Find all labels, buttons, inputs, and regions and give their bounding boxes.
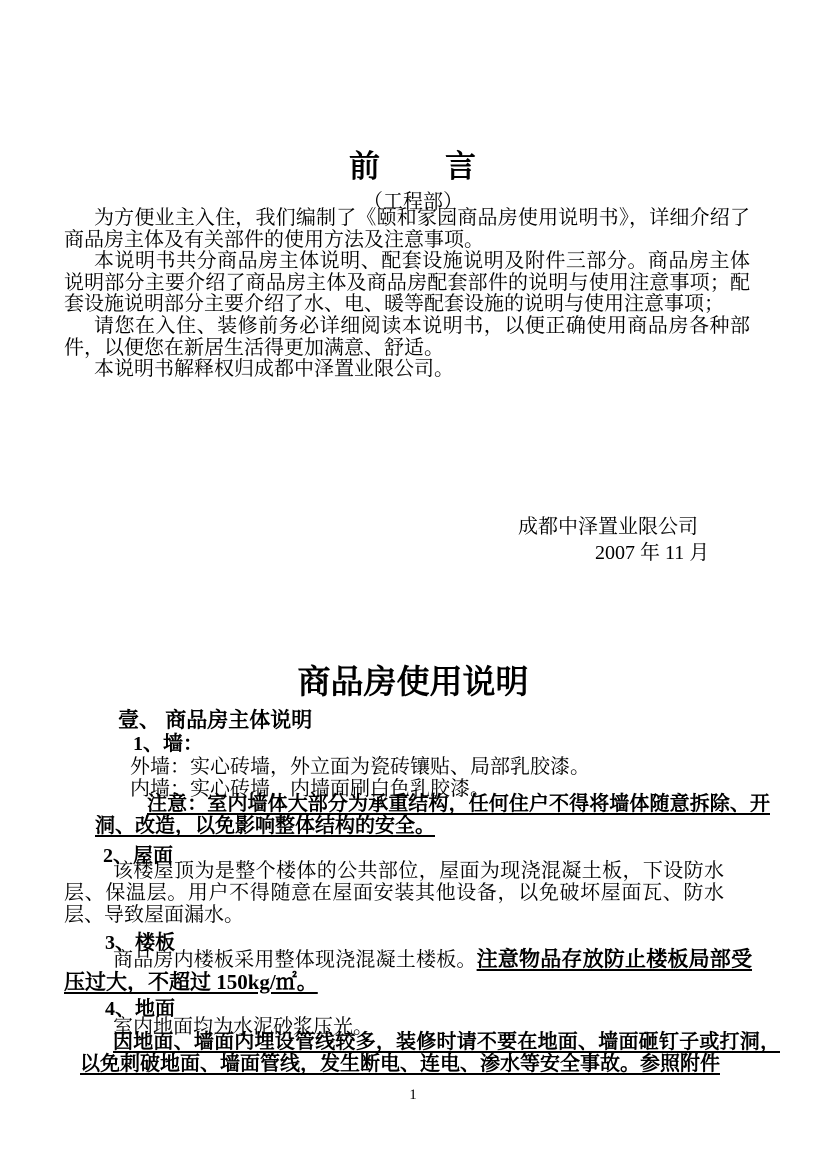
ground-warning-paragraph: 因地面、墙面内埋设管线较多，装修时请不要在地面、墙面砸钉子或打洞，以免刺破地面、… [80, 1032, 780, 1076]
wall-notice-text: 注意：室内墙体大部分为承重结构，任何住户不得将墙体随意拆除、开洞、改造，以免影响… [95, 793, 770, 837]
preface-title: 前 言 [0, 141, 826, 186]
ground-warning-text: 因地面、墙面内埋设管线较多，装修时请不要在地面、墙面砸钉子或打洞，以免刺破地面、… [80, 1031, 780, 1075]
company-signature: 成都中泽置业限公司 [518, 510, 698, 539]
preface-paragraph: 为方便业主入住，我们编制了《颐和家园商品房使用说明书》，详细介绍了商品房主体及有… [64, 208, 750, 251]
page-number: 1 [0, 1087, 826, 1104]
floor-slab-intro: 商品房内楼板采用整体现浇混凝土楼板。 [113, 949, 477, 971]
preface-paragraph: 请您在入住、装修前务必详细阅读本说明书，以便正确使用商品房各种部件，以便您在新居… [64, 316, 750, 359]
roof-paragraph: 该楼屋顶为是整个楼体的公共部位，屋面为现浇混凝土板，下设防水层、保温层。用户不得… [64, 861, 724, 926]
date: 2007 年 11 月 [595, 536, 709, 565]
preface-paragraph: 本说明书解释权归成都中泽置业限公司。 [64, 359, 750, 381]
document-page: 前 言 （工程部） 为方便业主入住，我们编制了《颐和家园商品房使用说明书》，详细… [0, 0, 826, 1169]
preface-paragraph: 本说明书共分商品房主体说明、配套设施说明及附件三部分。商品房主体说明部分主要介绍… [64, 251, 750, 316]
floor-slab-paragraph: 商品房内楼板采用整体现浇混凝土楼板。注意物品存放防止楼板局部受压过大，不超过 1… [64, 949, 752, 995]
manual-title: 商品房使用说明 [0, 656, 826, 703]
wall-notice-paragraph: 注意：室内墙体大部分为承重结构，任何住户不得将墙体随意拆除、开洞、改造，以免影响… [95, 794, 770, 838]
preface-body: 为方便业主入住，我们编制了《颐和家园商品房使用说明书》，详细介绍了商品房主体及有… [64, 208, 750, 381]
